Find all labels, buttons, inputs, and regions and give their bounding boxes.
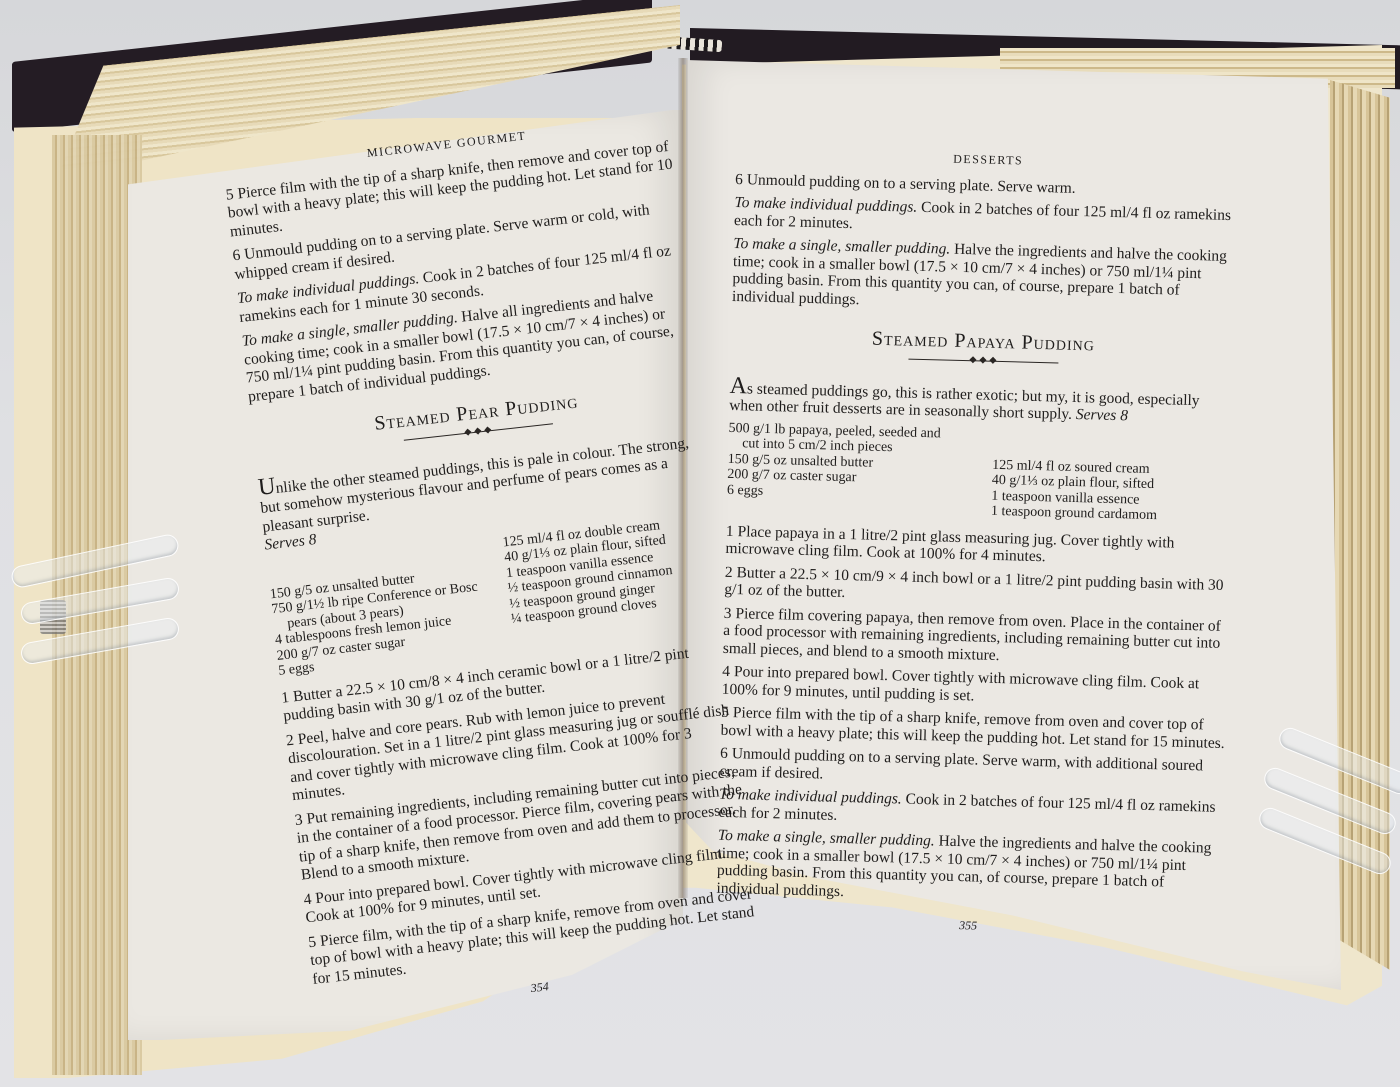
variation: To make individual puddings. Cook in 2 b… xyxy=(734,194,1240,242)
method-steps: 1Place papaya in a 1 litre/2 pint glass … xyxy=(719,522,1231,793)
step-number: 5 xyxy=(225,185,235,203)
page-number: 355 xyxy=(715,911,1220,942)
right-page-text: DESSERTS 6Unmould pudding on to a servin… xyxy=(715,145,1240,941)
page-clip-left xyxy=(0,520,190,680)
step-number: 2 xyxy=(285,731,295,749)
step-number: 4 xyxy=(722,663,730,680)
left-page-text: MICROWAVE GOURMET 5Pierce film with the … xyxy=(222,111,764,1022)
step-text: Place papaya in a 1 litre/2 pint glass m… xyxy=(725,523,1174,566)
step-number: 3 xyxy=(294,811,304,829)
dropcap: U xyxy=(257,473,277,501)
variation: To make individual puddings. Cook in 2 b… xyxy=(718,786,1224,834)
recipe-intro: As steamed puddings go, this is rather e… xyxy=(729,376,1235,427)
step-number: 5 xyxy=(307,933,317,951)
step-number: 6 xyxy=(735,170,743,187)
step-number: 2 xyxy=(725,563,733,580)
ingredients-list: 500 g/1 lb papaya, peeled, seeded andcut… xyxy=(726,420,1233,525)
method-steps: 1Butter a 22.5 × 10 cm/8 × 4 inch cerami… xyxy=(280,640,760,989)
photo-scene: MICROWAVE GOURMET 5Pierce film with the … xyxy=(0,0,1400,1087)
step-text: Unmould pudding on to a serving plate. S… xyxy=(719,745,1203,782)
step-number: 4 xyxy=(303,890,313,908)
step-text: Unmould pudding on to a serving plate. S… xyxy=(747,171,1076,197)
variations: To make individual puddings. Cook in 2 b… xyxy=(716,786,1224,910)
page-clip-right xyxy=(1255,720,1400,880)
step: 2Butter a 22.5 × 10 cm/9 × 4 inch bowl o… xyxy=(724,563,1230,611)
step-number: 5 xyxy=(721,704,729,721)
step: 5Pierce film with the tip of a sharp kni… xyxy=(720,704,1226,752)
step-text: Butter a 22.5 × 10 cm/9 × 4 inch bowl or… xyxy=(724,564,1224,601)
recipe-title: Steamed Papaya Pudding xyxy=(731,327,1236,358)
variation: To make a single, smaller pudding. Halve… xyxy=(716,827,1223,910)
ornament-divider xyxy=(908,353,1058,367)
serves: Serves 8 xyxy=(1076,406,1129,424)
step-number: 1 xyxy=(726,522,734,539)
step-number: 3 xyxy=(724,604,732,621)
step-text: Pierce film with the tip of a sharp knif… xyxy=(720,704,1224,751)
variations: To make individual puddings. Cook in 2 b… xyxy=(732,194,1240,318)
step: 3Pierce film covering papaya, then remov… xyxy=(723,604,1229,670)
step: 1Place papaya in a 1 litre/2 pint glass … xyxy=(725,522,1231,570)
step-number: 6 xyxy=(720,745,728,762)
dropcap: A xyxy=(729,372,747,398)
step-number: 1 xyxy=(280,688,290,706)
step-text: Pour into prepared bowl. Cover tightly w… xyxy=(722,663,1200,704)
step: 6Unmould pudding on to a serving plate. … xyxy=(719,745,1225,793)
step: 4Pour into prepared bowl. Cover tightly … xyxy=(722,663,1228,711)
step-text: Pierce film covering papaya, then remove… xyxy=(723,605,1221,664)
step-number: 6 xyxy=(232,247,242,265)
variation: To make a single, smaller pudding. Halve… xyxy=(732,235,1239,318)
